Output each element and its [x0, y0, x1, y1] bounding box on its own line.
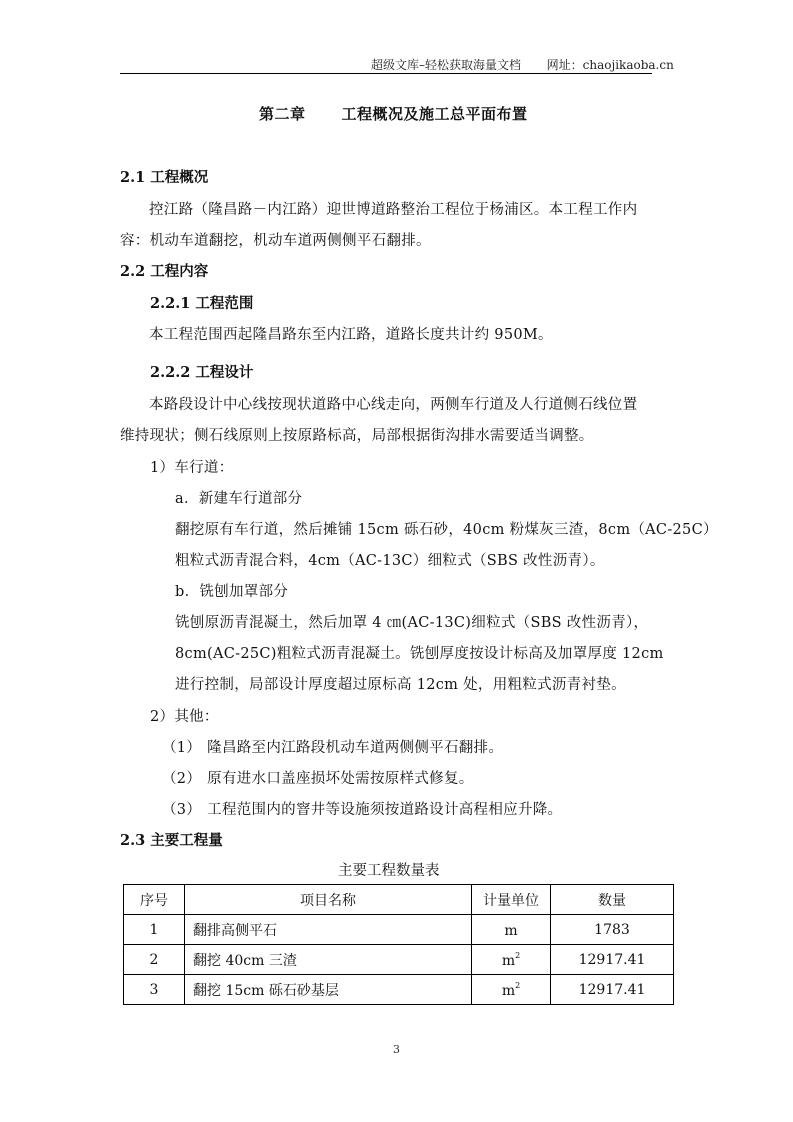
- sublist-b-line1: 铣刨原沥青混凝土，然后加罩 4 ㎝(AC-13C)细粒式（SBS 改性沥青），: [175, 611, 648, 632]
- sublist-number: （1）: [162, 740, 201, 756]
- header-url: 网址：chaojikaoba.cn: [547, 58, 674, 72]
- sublist-number: （2）: [162, 771, 201, 787]
- unit-superscript: 2: [515, 981, 520, 990]
- cell-unit: m2: [472, 975, 551, 1005]
- sublist-other-item: （1）隆昌路至内江路段机动车道两侧侧平石翻排。: [162, 736, 503, 757]
- sublist-text: 隆昌路至内江路段机动车道两侧侧平石翻排。: [207, 740, 503, 756]
- paragraph-design-line1: 本路段设计中心线按现状道路中心线走向，两侧车行道及人行道侧石线位置: [149, 393, 637, 414]
- section-heading-2-3: 2.3 主要工程量: [120, 829, 223, 850]
- chapter-number: 第二章: [259, 105, 306, 123]
- sublist-other-item: （2）原有进水口盖座损坏处需按原样式修复。: [162, 767, 474, 788]
- paragraph-design-line2: 维持现状；侧石线原则上按原路标高，局部根据街沟排水需要适当调整。: [120, 424, 594, 445]
- sublist-text: 工程范围内的窨井等设施须按道路设计高程相应升降。: [207, 802, 562, 818]
- column-header-qty: 数量: [551, 885, 674, 915]
- cell-no: 2: [124, 945, 185, 975]
- sublist-a-line1: 翻挖原有车行道，然后摊铺 15cm 砾石砂，40cm 粉煤灰三渣，8cm（AC-…: [175, 518, 718, 539]
- page-number: 3: [393, 1043, 400, 1056]
- cell-unit: m2: [472, 945, 551, 975]
- header-site-name: 超级文库–轻松获取海量文档: [371, 58, 521, 72]
- cell-name: 翻排高侧平石: [185, 915, 472, 945]
- section-heading-2-2-1: 2.2.1 工程范围: [150, 292, 253, 313]
- quantity-table: 序号 项目名称 计量单位 数量 1 翻排高侧平石 m 1783 2 翻挖 40c…: [123, 884, 674, 1005]
- cell-name: 翻挖 15cm 砾石砂基层: [185, 975, 472, 1005]
- header-bar: 超级文库–轻松获取海量文档 网址：chaojikaoba.cn: [371, 56, 674, 73]
- sublist-text: 原有进水口盖座损坏处需按原样式修复。: [207, 771, 473, 787]
- chapter-title-text: 工程概况及施工总平面布置: [342, 105, 528, 123]
- cell-qty: 12917.41: [551, 975, 674, 1005]
- table-row: 3 翻挖 15cm 砾石砂基层 m2 12917.41: [124, 975, 674, 1005]
- sublist-a-label: a．新建车行道部分: [175, 487, 302, 508]
- chapter-title: 第二章工程概况及施工总平面布置: [259, 103, 528, 124]
- unit-text: m: [502, 953, 515, 969]
- cell-unit: m: [472, 915, 551, 945]
- paragraph-overview-line2: 容：机动车道翻挖，机动车道两侧侧平石翻排。: [120, 229, 431, 250]
- sublist-number: （3）: [162, 802, 201, 818]
- cell-qty: 12917.41: [551, 945, 674, 975]
- column-header-no: 序号: [124, 885, 185, 915]
- column-header-unit: 计量单位: [472, 885, 551, 915]
- header-rule: [120, 73, 652, 74]
- column-header-name: 项目名称: [185, 885, 472, 915]
- paragraph-scope: 本工程范围西起隆昌路东至内江路，道路长度共计约 950M。: [149, 323, 553, 344]
- sublist-a-line2: 粗粒式沥青混合料，4cm（AC-13C）细粒式（SBS 改性沥青）。: [175, 549, 605, 570]
- unit-text: m: [504, 923, 517, 939]
- list-item-roadway-label: 1）车行道：: [150, 456, 234, 477]
- unit-text: m: [502, 983, 515, 999]
- sublist-b-line3: 进行控制，局部设计厚度超过原标高 12cm 处，用粗粒式沥青衬垫。: [175, 673, 626, 694]
- cell-name: 翻挖 40cm 三渣: [185, 945, 472, 975]
- table-caption: 主要工程数量表: [338, 859, 440, 880]
- table-row: 2 翻挖 40cm 三渣 m2 12917.41: [124, 945, 674, 975]
- sublist-b-label: b．铣刨加罩部分: [175, 580, 288, 601]
- cell-no: 1: [124, 915, 185, 945]
- sublist-other-item: （3）工程范围内的窨井等设施须按道路设计高程相应升降。: [162, 798, 562, 819]
- table-header-row: 序号 项目名称 计量单位 数量: [124, 885, 674, 915]
- list-item-other-label: 2）其他：: [150, 705, 219, 726]
- section-heading-2-2: 2.2 工程内容: [120, 260, 208, 281]
- table-row: 1 翻排高侧平石 m 1783: [124, 915, 674, 945]
- sublist-b-line2: 8cm(AC-25C)粗粒式沥青混凝土。铣刨厚度按设计标高及加罩厚度 12cm: [175, 642, 664, 663]
- section-heading-2-1: 2.1 工程概况: [120, 166, 208, 187]
- section-heading-2-2-2: 2.2.2 工程设计: [150, 361, 253, 382]
- paragraph-overview-line1: 控江路（隆昌路－内江路）迎世博道路整治工程位于杨浦区。本工程工作内: [149, 198, 637, 219]
- unit-superscript: 2: [515, 951, 520, 960]
- cell-no: 3: [124, 975, 185, 1005]
- cell-qty: 1783: [551, 915, 674, 945]
